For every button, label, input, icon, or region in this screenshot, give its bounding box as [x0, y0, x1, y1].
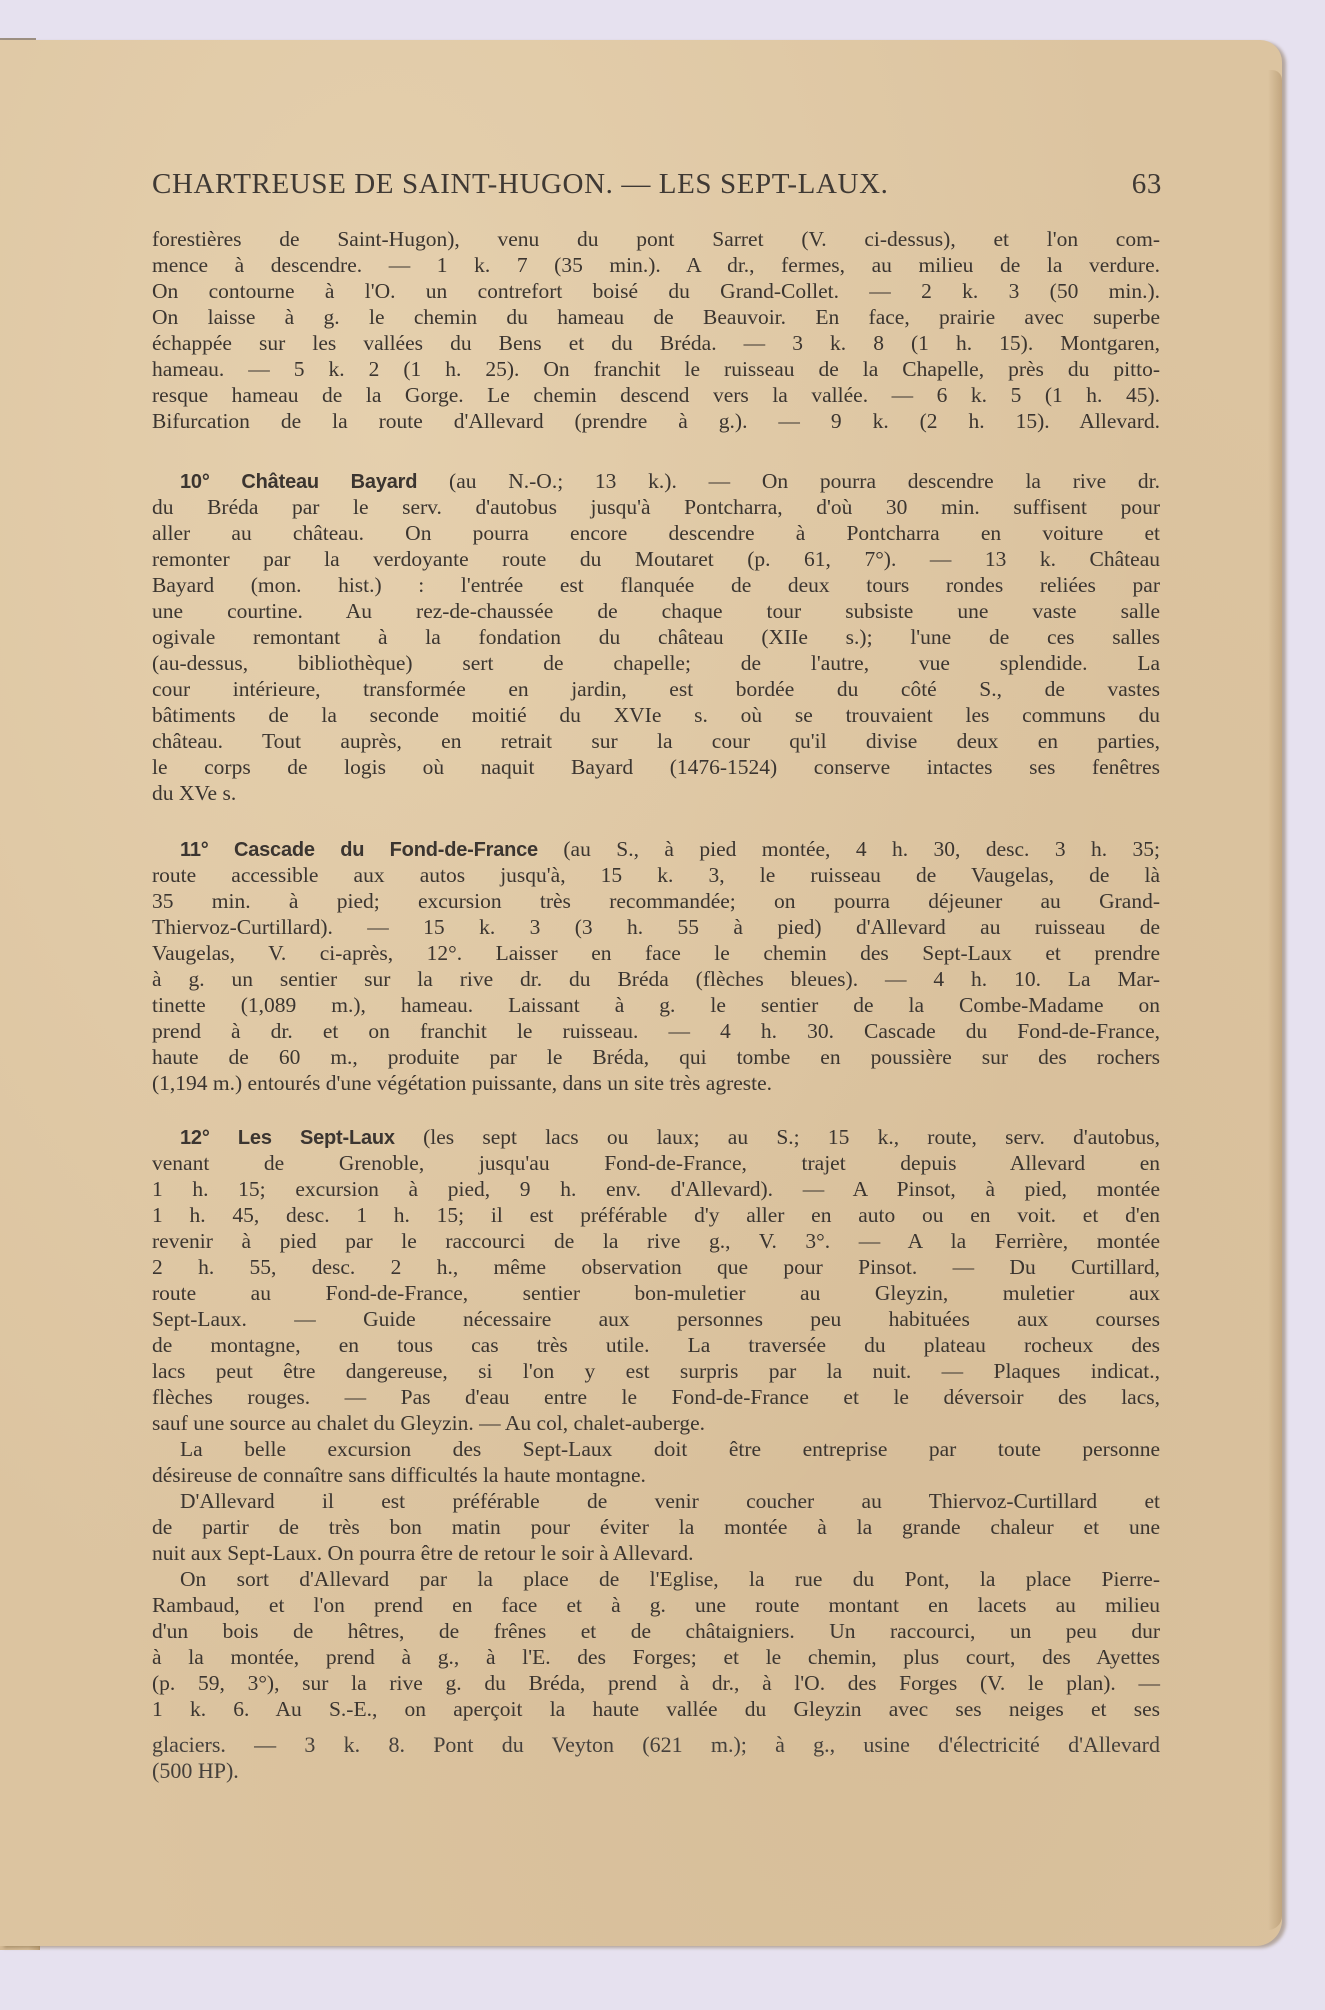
text-line: route au Fond-de-France, sentier bon-mul… — [152, 1280, 1160, 1306]
text-line: Bifurcation de la route d'Allevard (pren… — [152, 408, 1160, 434]
text-line: d'un bois de hêtres, de frênes et de châ… — [152, 1618, 1160, 1644]
text-line: route accessible aux autos jusqu'à, 15 k… — [152, 862, 1160, 888]
text-line: prend à dr. et on franchit le ruisseau. … — [152, 1018, 1160, 1044]
text-line: On laisse à g. le chemin du hameau de Be… — [152, 304, 1160, 330]
text-line: On sort d'Allevard par la place de l'Egl… — [180, 1566, 1160, 1592]
section-number: 11° — [180, 839, 209, 861]
section-number: 12° — [180, 1127, 210, 1149]
text-line: du XVe s. — [152, 780, 1160, 806]
section-heading-line: 10° Château Bayard (au N.-O.; 13 k.). — … — [152, 468, 1160, 495]
text-line: à la montée, prend à g., à l'E. des Forg… — [152, 1644, 1160, 1670]
text-line: revenir à pied par le raccourci de la ri… — [152, 1228, 1160, 1254]
text-line: lacs peut être dangereuse, si l'on y est… — [152, 1358, 1160, 1384]
text-line: Thiervoz-Curtillard). — 15 k. 3 (3 h. 55… — [152, 914, 1160, 940]
text-line: aller au château. On pourra encore desce… — [152, 520, 1160, 546]
page-edge-shadow — [1268, 70, 1282, 1930]
text-line: (1,194 m.) entourés d'une végétation pui… — [152, 1070, 1160, 1096]
text-line: à g. un sentier sur la rive dr. du Bréda… — [152, 966, 1160, 992]
text-line: Vaugelas, V. ci-après, 12°. Laisser en f… — [152, 940, 1160, 966]
running-head: CHARTREUSE DE SAINT-HUGON. — LES SEPT-LA… — [152, 168, 1162, 201]
text-line: 35 min. à pied; excursion très recommand… — [152, 888, 1160, 914]
section-heading: Cascade du Fond-de-France — [234, 839, 538, 861]
running-head-title: CHARTREUSE DE SAINT-HUGON. — LES SEPT-LA… — [152, 168, 888, 201]
section-heading-line: 11° Cascade du Fond-de-France (au S., à … — [152, 836, 1160, 863]
text-line: (p. 59, 3°), sur la rive g. du Bréda, pr… — [152, 1670, 1160, 1696]
text-line: Sept-Laux. — Guide nécessaire aux person… — [152, 1306, 1160, 1332]
text-line: sauf une source au chalet du Gleyzin. — … — [152, 1410, 1160, 1436]
text-line: flèches rouges. — Pas d'eau entre le Fon… — [152, 1384, 1160, 1410]
section-heading: Les Sept-Laux — [238, 1127, 395, 1149]
text-line: Rambaud, et l'on prend en face et à g. u… — [152, 1592, 1160, 1618]
text-line: échappée sur les vallées du Bens et du B… — [152, 330, 1160, 356]
text-line: resque hameau de la Gorge. Le chemin des… — [152, 382, 1160, 408]
text-line: 2 h. 55, desc. 2 h., même observation qu… — [152, 1254, 1160, 1280]
text-line: D'Allevard il est préférable de venir co… — [180, 1488, 1160, 1514]
text-line: ogivale remontant à la fondation du chât… — [152, 624, 1160, 650]
text-line: haute de 60 m., produite par le Bréda, q… — [152, 1044, 1160, 1070]
text-line: forestières de Saint-Hugon), venu du pon… — [152, 226, 1160, 252]
text-line: Bayard (mon. hist.) : l'entrée est flanq… — [152, 572, 1160, 598]
text-line: nuit aux Sept-Laux. On pourra être de re… — [152, 1540, 1160, 1566]
text-line: venant de Grenoble, jusqu'au Fond-de-Fra… — [152, 1150, 1160, 1176]
text-line: désireuse de connaître sans difficultés … — [152, 1462, 1160, 1488]
section-intro-text: (au N.-O.; 13 k.). — On pourra descendre… — [417, 469, 1160, 493]
text-line: La belle excursion des Sept-Laux doit êt… — [180, 1436, 1160, 1462]
text-line: 1 h. 45, desc. 1 h. 15; il est préférabl… — [152, 1202, 1160, 1228]
text-line: (500 HP). — [152, 1758, 1160, 1784]
text-line: glaciers. — 3 k. 8. Pont du Veyton (621 … — [152, 1732, 1160, 1758]
page-number: 63 — [1132, 168, 1162, 201]
text-line: une courtine. Au rez-de-chaussée de chaq… — [152, 598, 1160, 624]
text-line: 1 k. 6. Au S.-E., on aperçoit la haute v… — [152, 1696, 1160, 1722]
text-line: 1 h. 15; excursion à pied, 9 h. env. d'A… — [152, 1176, 1160, 1202]
text-line: mence à descendre. — 1 k. 7 (35 min.). A… — [152, 252, 1160, 278]
text-line: On contourne à l'O. un contrefort boisé … — [152, 278, 1160, 304]
text-line: château. Tout auprès, en retrait sur la … — [152, 728, 1160, 754]
section-number: 10° — [180, 471, 210, 493]
text-line: bâtiments de la seconde moitié du XVIe s… — [152, 702, 1160, 728]
section-heading-line: 12° Les Sept-Laux (les sept lacs ou laux… — [152, 1124, 1160, 1151]
text-line: remonter par la verdoyante route du Mout… — [152, 546, 1160, 572]
text-line: tinette (1,089 m.), hameau. Laissant à g… — [152, 992, 1160, 1018]
scanned-page-view: CHARTREUSE DE SAINT-HUGON. — LES SEPT-LA… — [0, 0, 1325, 2010]
text-line: de partir de très bon matin pour éviter … — [152, 1514, 1160, 1540]
text-line: de montagne, en tous cas très utile. La … — [152, 1332, 1160, 1358]
text-line: hameau. — 5 k. 2 (1 h. 25). On franchit … — [152, 356, 1160, 382]
section-intro-text: (au S., à pied montée, 4 h. 30, desc. 3 … — [538, 837, 1160, 861]
section-intro-text: (les sept lacs ou laux; au S.; 15 k., ro… — [395, 1125, 1160, 1149]
section-heading: Château Bayard — [241, 471, 417, 493]
text-line: (au-dessus, bibliothèque) sert de chapel… — [152, 650, 1160, 676]
text-line: du Bréda par le serv. d'autobus jusqu'à … — [152, 494, 1160, 520]
text-line: le corps de logis où naquit Bayard (1476… — [152, 754, 1160, 780]
text-line: cour intérieure, transformée en jardin, … — [152, 676, 1160, 702]
